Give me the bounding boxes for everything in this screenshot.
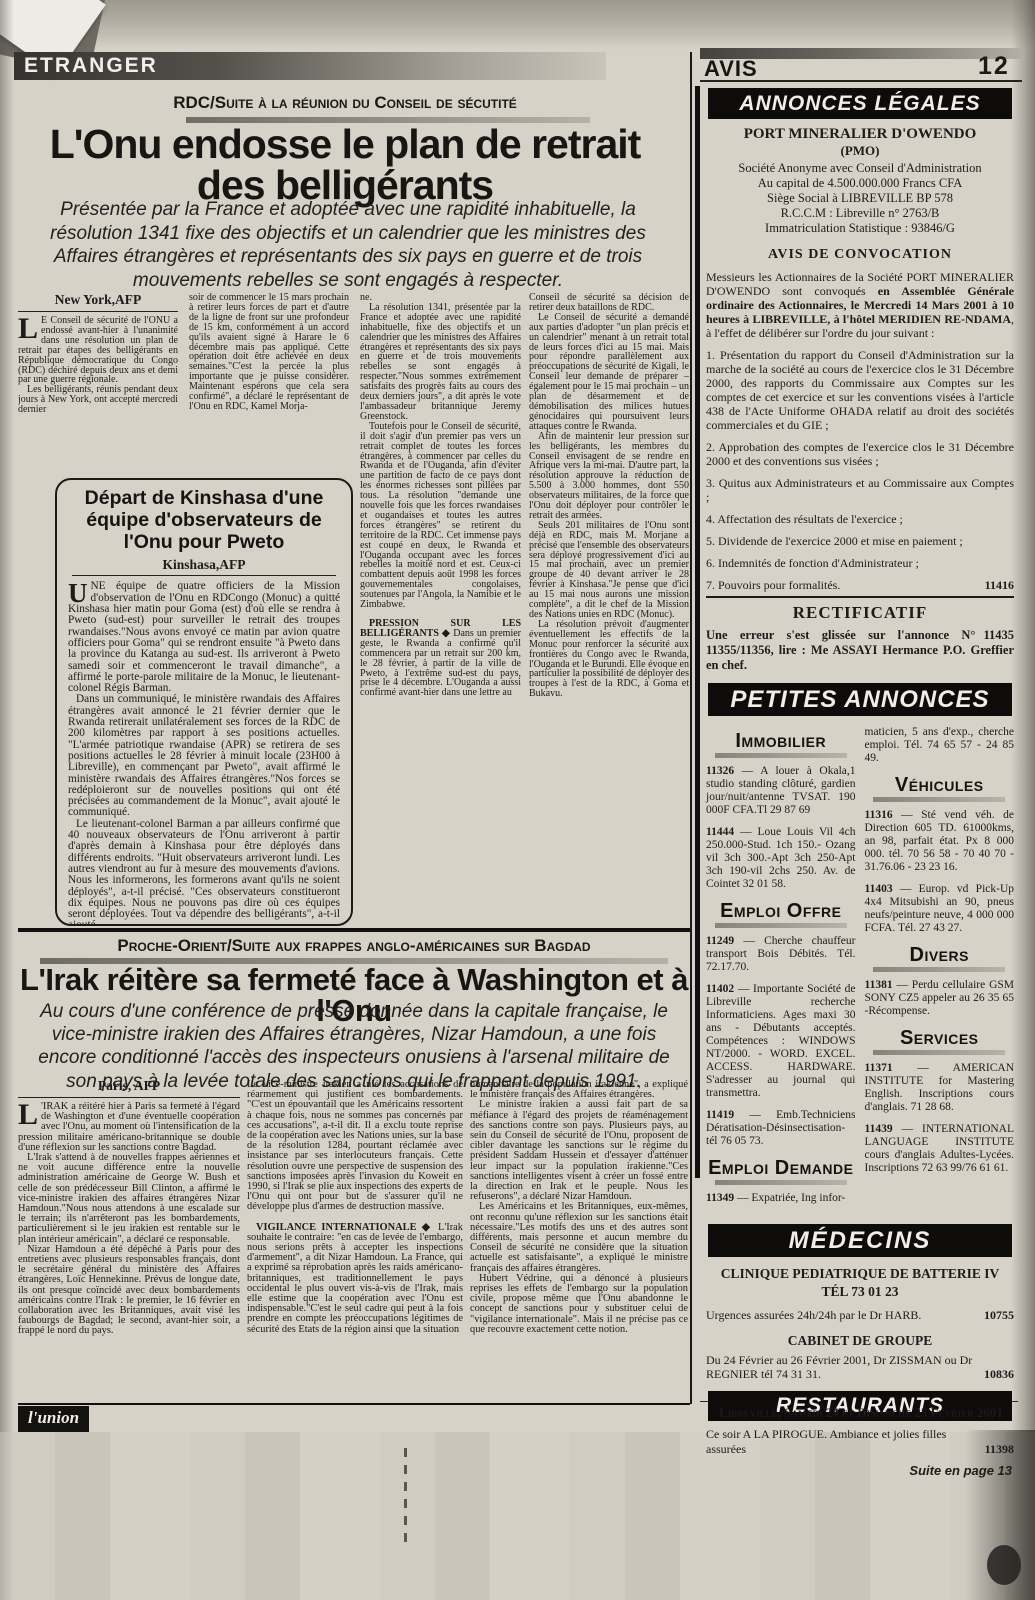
annonces-legales-banner: ANNONCES LÉGALES — [708, 88, 1012, 119]
footer-rule-left — [18, 1403, 690, 1405]
rectificatif-text: 11435Une erreur s'est glissée sur l'anno… — [706, 628, 1014, 673]
article2-column-2: Le vice-ministre irakien a nié les accus… — [247, 1080, 463, 1402]
company-name: PORT MINERALIER D'OWENDO — [706, 127, 1014, 141]
ad-reference-number: 11316 — [865, 809, 893, 821]
classified-section-title: Emploi Offre — [706, 900, 856, 922]
classifieds-right-column: maticien, 5 ans d'exp., cherche emploi. … — [865, 726, 1015, 1214]
article-paragraph: VIGILANCE INTERNATIONALE ◆ L'Irak souhai… — [247, 1223, 463, 1335]
footer-dateline: Libreville, Samedi 24 et Dimanche 25 Fév… — [700, 1405, 1022, 1421]
ad-reference-number: 11398 — [977, 1442, 1014, 1457]
section-underline-bar — [715, 923, 847, 928]
banner-label: ANNONCES LÉGALES — [739, 92, 980, 115]
article1-dateline: New York,AFP — [18, 292, 178, 312]
agenda-item: 2. Approbation des comptes de l'exercice… — [706, 440, 1014, 468]
agenda-item: 6. Indemnités de fonction d'Administrate… — [706, 556, 1014, 570]
classified-ad: 11419 — Emb.Techniciens Dératisation-Dés… — [706, 1109, 856, 1148]
ad-reference-number: 11435 — [975, 628, 1014, 643]
company-detail: Immatriculation Statistique : 93846/G — [706, 221, 1014, 236]
classified-ad: 11349 — Expatriée, Ing infor- — [706, 1192, 856, 1205]
scan-artifact-pen-mark — [404, 1448, 407, 1546]
inset-box-dateline: Kinshasa,AFP — [72, 557, 336, 576]
scan-artifact-right-edge — [1011, 0, 1035, 1600]
legal-notice: PORT MINERALIER D'OWENDO (PMO) Société A… — [706, 127, 1014, 673]
classified-ad: 11402 — Importante Société de Libreville… — [706, 983, 856, 1100]
column-divider-rule — [690, 52, 692, 1404]
article-paragraph: humanitaire de la population irakienne",… — [470, 1080, 688, 1100]
classified-ad: 11439 — INTERNATIONAL LANGUAGE INSTITUTE… — [865, 1123, 1015, 1175]
article-paragraph: Toutefois pour le Conseil de sécurité, i… — [360, 422, 521, 610]
article1-column-3: ne. La résolution 1341, présentée par la… — [360, 293, 521, 926]
classified-ad: 11381 — Perdu cellulaire GSM SONY CZ5 ap… — [865, 979, 1015, 1018]
article-paragraph: Les belligérants, réunis pendant deux jo… — [18, 385, 178, 415]
article-paragraph: Afin de maintenir leur pression sur les … — [529, 432, 689, 521]
section-title: ETRANGER — [24, 54, 158, 77]
company-detail: Société Anonyme avec Conseil d'Administr… — [706, 161, 1014, 176]
banner-label: PETITES ANNONCES — [730, 686, 989, 713]
page-number: 12 — [978, 53, 1010, 79]
company-detail: Siège Social à LIBREVILLE BP 578 — [706, 191, 1014, 206]
banner-label: MÉDECINS — [789, 1227, 932, 1254]
avis-left-bar — [695, 86, 700, 1178]
article-paragraph: UNE équipe de quatre officiers de la Mis… — [68, 581, 340, 694]
classified-ad: 11326 — A louer à Okala,1 studio standin… — [706, 765, 856, 817]
inset-box-body: UNE équipe de quatre officiers de la Mis… — [68, 581, 340, 926]
classified-ad-continuation: maticien, 5 ans d'exp., cherche emploi. … — [865, 726, 1015, 765]
convocation-intro: Messieurs les Actionnaires de la Société… — [706, 270, 1014, 340]
article1-deck: Présentée par la France et adoptée avec … — [42, 198, 654, 292]
ad-reference-number: 11444 — [706, 826, 734, 838]
avis-header-rule — [700, 80, 1022, 82]
article1-headline: L'Onu endosse le plan de retrait des bel… — [20, 124, 670, 206]
classified-section-title: Emploi Demande — [706, 1157, 856, 1179]
classified-ad: 11403 — Europ. vd Pick-Up 4x4 Mitsubishi… — [865, 883, 1015, 935]
ad-reference-number: 11249 — [706, 935, 734, 947]
ad-reference-number: 11326 — [706, 765, 734, 777]
classified-section-title: Services — [865, 1027, 1015, 1049]
article2-dateline: Paris, AFP — [18, 1078, 240, 1098]
ad-reference-number: 11419 — [706, 1109, 734, 1121]
agenda-item: 1. Présentation du rapport du Conseil d'… — [706, 348, 1014, 432]
rectificatif-title: RECTIFICATIF — [706, 606, 1014, 620]
article1-column-4: Conseil de sécurité sa décision de retir… — [529, 293, 689, 913]
medecins-banner: MÉDECINS — [708, 1224, 1012, 1257]
clinic-name: CLINIQUE PEDIATRIQUE DE BATTERIE IV — [706, 1265, 1014, 1282]
article2-kicker: Proche-Orient/Suite aux frappes anglo-am… — [18, 936, 690, 956]
classified-ad: 11371 — AMERICAN INSTITUTE for Mastering… — [865, 1062, 1015, 1114]
agenda-item: 4. Affectation des résultats de l'exerci… — [706, 512, 1014, 526]
article-paragraph: soir de commencer le 15 mars prochain à … — [189, 293, 349, 412]
article2-column-3: humanitaire de la population irakienne",… — [470, 1080, 688, 1402]
article1-kicker: RDC/Suite à la réunion du Conseil de séc… — [60, 93, 630, 113]
article-paragraph: La résolution prévoit d'augmenter éventu… — [529, 620, 689, 699]
article-paragraph: Hubert Védrine, qui a dénoncé à plusieur… — [470, 1274, 688, 1335]
section-title-avis: AVIS — [704, 57, 758, 81]
company-detail: R.C.C.M : Libreville n° 2763/B — [706, 206, 1014, 221]
ad-reference-number: 11416 — [977, 578, 1014, 592]
classified-section-title: Immobilier — [706, 730, 856, 752]
drop-cap: U — [68, 581, 91, 603]
section-underline-bar — [715, 1180, 847, 1185]
drop-cap: L — [18, 1102, 41, 1126]
section-underline-bar — [873, 797, 1005, 802]
article-divider-rule — [18, 928, 690, 932]
cabinet-text: Du 24 Février au 26 Février 2001, Dr ZIS… — [706, 1353, 1014, 1381]
article-paragraph: Conseil de sécurité sa décision de retir… — [529, 293, 689, 313]
clinic-phone: TÉL 73 01 23 — [706, 1284, 1014, 1300]
article-paragraph: Le ministre irakien a aussi fait part de… — [470, 1100, 688, 1202]
article-paragraph: Nizar Hamdoun a été dépêché à Paris pour… — [18, 1245, 240, 1337]
restaurant-listing: Ce soir A LA PIROGUE. Ambiance et jolies… — [706, 1427, 1014, 1457]
scan-artifact-left-edge — [0, 0, 14, 1600]
article-paragraph: Le Conseil de sécurité a demandé aux par… — [529, 313, 689, 432]
newspaper-page: ETRANGER AVIS 12 RDC/Suite à la réunion … — [0, 0, 1035, 1600]
classified-ad: 11444 — Loue Louis Vil 4ch 250.000-Stud.… — [706, 826, 856, 891]
section-rule — [706, 596, 1014, 598]
ad-reference-number: 10836 — [976, 1367, 1014, 1381]
classified-ad: 11249 — Cherche chauffeur transport Bois… — [706, 935, 856, 974]
ad-reference-number: 11371 — [865, 1062, 893, 1074]
ad-reference-number: 11381 — [865, 979, 893, 991]
article2-column-1: L'IRAK a réitéré hier à Paris sa fermeté… — [18, 1102, 240, 1402]
company-abbrev: (PMO) — [706, 144, 1014, 158]
section-banner-etranger: ETRANGER — [14, 52, 606, 80]
article-paragraph: Dans un communiqué, le ministère rwandai… — [68, 694, 340, 818]
ad-reference-number: 11439 — [865, 1123, 893, 1135]
agenda-item: 7. Pouvoirs pour formalités. 11416 — [706, 578, 1014, 592]
classifieds: Immobilier 11326 — A louer à Okala,1 stu… — [706, 726, 1014, 1214]
inset-article-box: Départ de Kinshasa d'une équipe d'observ… — [55, 478, 353, 926]
article-paragraph: Seuls 201 militaires de l'Onu sont déjà … — [529, 521, 689, 620]
agenda-item: 5. Dividende de l'exercice 2000 et mise … — [706, 534, 1014, 548]
scan-artifact-blotch — [987, 1545, 1021, 1585]
article1-column-2: soir de commencer le 15 mars prochain à … — [189, 293, 349, 474]
article-paragraph: L'Irak s'attend à de nouvelles frappes a… — [18, 1153, 240, 1245]
clinic-note: Urgences assurées 24h/24h par le Dr HARB… — [706, 1308, 1014, 1323]
classified-ad: 11316 — Sté vend véh. de Direction 605 T… — [865, 809, 1015, 874]
article-paragraph: LE Conseil de sécurité de l'ONU a endoss… — [18, 316, 178, 385]
article-paragraph: Les Américains et les Britanniques, eux-… — [470, 1202, 688, 1273]
company-detail: Au capital de 4.500.000.000 Francs CFA — [706, 176, 1014, 191]
article-paragraph: Le lieutenant-colonel Barman a par aille… — [68, 819, 340, 926]
section-underline-bar — [715, 753, 847, 758]
article-paragraph: Le vice-ministre irakien a nié les accus… — [247, 1080, 463, 1213]
continuation-note: Suite en page 13 — [708, 1463, 1012, 1478]
cabinet-title: CABINET DE GROUPE — [706, 1333, 1014, 1349]
article-paragraph: PRESSION SUR LES BELLIGÉRANTS ◆ Dans un … — [360, 619, 521, 698]
classifieds-left-column: Immobilier 11326 — A louer à Okala,1 stu… — [706, 726, 856, 1214]
section-underline-bar — [873, 1050, 1005, 1055]
newspaper-masthead: l'union — [18, 1406, 89, 1432]
scan-artifact-top — [0, 0, 1035, 50]
avis-column: ANNONCES LÉGALES PORT MINERALIER D'OWEND… — [706, 86, 1014, 1478]
agenda-item: 3. Quitus aux Administrateurs et au Comm… — [706, 476, 1014, 504]
article-paragraph: La résolution 1341, présentée par la Fra… — [360, 303, 521, 422]
petites-annonces-banner: PETITES ANNONCES — [708, 683, 1012, 716]
ad-reference-number: 11403 — [865, 883, 893, 895]
article1-column-1: LE Conseil de sécurité de l'ONU a endoss… — [18, 316, 178, 474]
convocation-subhead: AVIS DE CONVOCATION — [706, 248, 1014, 262]
article-paragraph: L'IRAK a réitéré hier à Paris sa fermeté… — [18, 1102, 240, 1153]
inset-box-title: Départ de Kinshasa d'une équipe d'observ… — [68, 488, 340, 553]
classified-section-title: Divers — [865, 944, 1015, 966]
ad-reference-number: 11402 — [706, 983, 734, 995]
ad-reference-number: 10755 — [976, 1308, 1014, 1323]
section-underline-bar — [873, 967, 1005, 972]
ad-reference-number: 11349 — [706, 1192, 734, 1204]
drop-cap: L — [18, 316, 41, 340]
classified-section-title: Véhicules — [865, 774, 1015, 796]
